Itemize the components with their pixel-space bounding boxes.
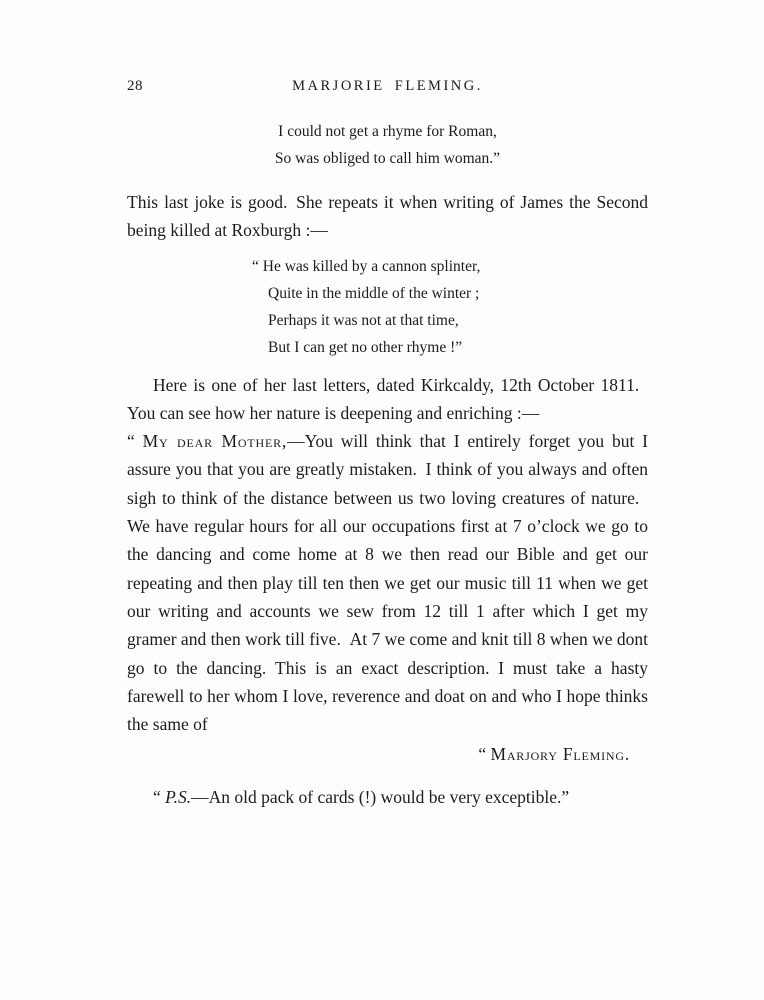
poem-line: Perhaps it was not at that time, — [268, 307, 648, 334]
letter-paragraph: “ My dear Mother,—You will think that I … — [127, 427, 648, 738]
poem-roman-rhyme: I could not get a rhyme for Roman, So wa… — [127, 118, 648, 172]
paragraph-letter-intro: Here is one of her last letters, dated K… — [127, 371, 648, 428]
poem-cannon-splinter: “ He was killed by a cannon splinter, Qu… — [268, 253, 648, 361]
running-head: 28 MARJORIE FLEMING. — [127, 78, 648, 98]
page-number: 28 — [127, 78, 143, 95]
ps-text: —An old pack of cards (!) would be very … — [191, 787, 569, 807]
book-page: 28 MARJORIE FLEMING. I could not get a r… — [127, 78, 648, 812]
postscript-paragraph: “ P.S.—An old pack of cards (!) would be… — [127, 783, 648, 811]
signature-name: Marjory Fleming. — [490, 744, 630, 764]
letter-open-quote: “ — [127, 431, 143, 451]
poem-line: “ He was killed by a cannon splinter, — [252, 253, 648, 280]
letter-signature: “ Marjory Fleming. — [127, 740, 648, 768]
ps-label: P.S. — [165, 787, 191, 807]
signature-open-quote: “ — [478, 744, 490, 764]
letter-salutation: My dear Mother, — [143, 431, 287, 451]
paragraph-joke-comment: This last joke is good. She repeats it w… — [127, 188, 648, 245]
poem-line: But I can get no other rhyme !” — [268, 334, 648, 361]
letter-body-text: —You will think that I entirely forget y… — [127, 431, 648, 734]
poem-line: I could not get a rhyme for Roman, — [127, 118, 648, 145]
running-header-title: MARJORIE FLEMING. — [127, 78, 648, 95]
poem-line: Quite in the middle of the winter ; — [268, 280, 648, 307]
ps-open-quote: “ — [153, 787, 165, 807]
poem-line: So was obliged to call him woman.” — [127, 145, 648, 172]
